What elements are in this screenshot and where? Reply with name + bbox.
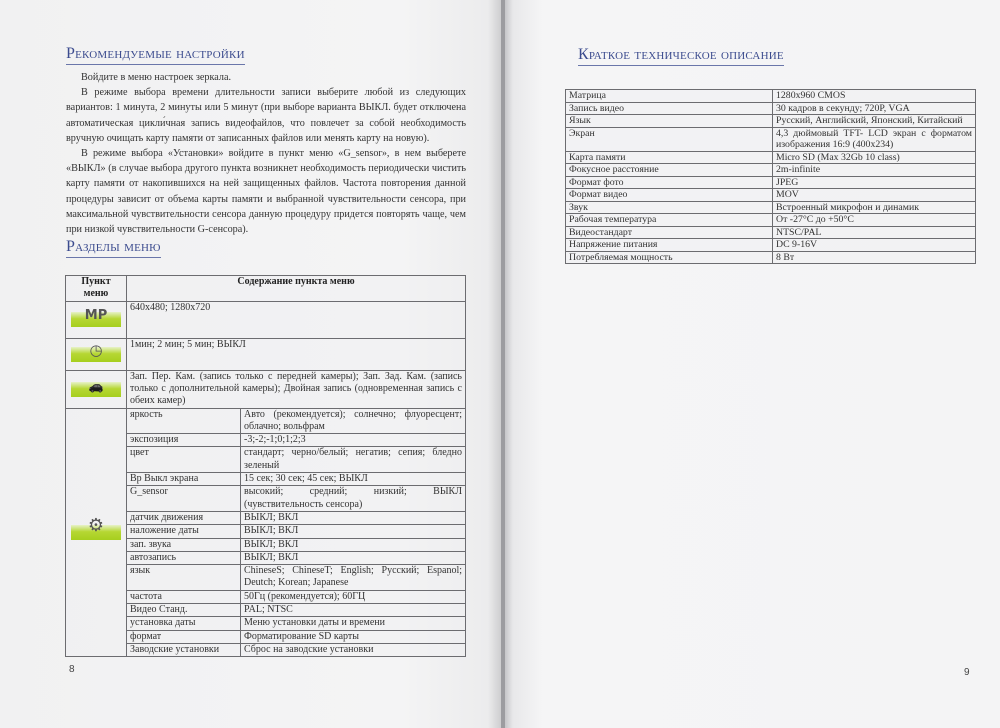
table-row: MP640x480; 1280x720 [66,301,466,338]
table-row: ЗвукВстроенный микрофон и динамик [566,201,976,214]
menu-content-cell: 640x480; 1280x720 [127,301,466,338]
setting-value-cell: Форматирование SD карты [241,630,466,643]
setting-value-cell: ВЫКЛ; ВКЛ [241,538,466,551]
spec-value-cell: 2m-infinite [773,164,976,177]
header-menu-item: Пункт меню [66,276,127,302]
table-row: Запись видео30 кадров в секунду; 720P, V… [566,102,976,115]
spec-key-cell: Матрица [566,90,773,103]
icon-glyph: MP [71,310,121,322]
setting-name-cell: яркость [127,408,241,434]
setting-name-cell: наложение даты [127,525,241,538]
icon-glyph: ◷ [71,344,121,356]
paragraph: В режиме выбора «Установки» войдите в пу… [66,146,466,237]
table-row: Рабочая температураОт -27°С до +50°С [566,214,976,227]
setting-name-cell: G_sensor [127,486,241,512]
spec-key-cell: Звук [566,201,773,214]
setting-value-cell: ВЫКЛ; ВКЛ [241,525,466,538]
spec-value-cell: NTSC/PAL [773,226,976,239]
spec-key-cell: Язык [566,115,773,128]
menu-sections-table: Пункт меню Содержание пункта меню MP640x… [65,275,466,657]
spec-value-cell: DC 9-16V [773,239,976,252]
spec-value-cell: 4,3 дюймовый TFT- LCD экран с форматом и… [773,127,976,151]
setting-value-cell: Сброс на заводские установки [241,643,466,656]
setting-name-cell: Заводские установки [127,643,241,656]
spec-value-cell: 1280x960 CMOS [773,90,976,103]
icon-glyph: 🚗 [71,380,121,392]
setting-value-cell: ВЫКЛ; ВКЛ [241,511,466,524]
table-row: Формат видеоMOV [566,189,976,202]
paragraph: Войдите в меню настроек зеркала. [66,70,466,85]
spec-key-cell: Карта памяти [566,151,773,164]
setting-value-cell: стандарт; черно/белый; негатив; сепия; б… [241,447,466,473]
spec-key-cell: Рабочая температура [566,214,773,227]
setting-value-cell: ВЫКЛ; ВКЛ [241,551,466,564]
spec-value-cell: MOV [773,189,976,202]
setting-name-cell: язык [127,565,241,591]
menu-icon-cell: 🚗 [66,370,127,408]
table-row: ◷1мин; 2 мин; 5 мин; ВЫКЛ [66,338,466,370]
table-row: ВидеостандартNTSC/PAL [566,226,976,239]
spec-value-cell: 30 кадров в секунду; 720P, VGA [773,102,976,115]
setting-name-cell: установка даты [127,617,241,630]
spec-key-cell: Формат видео [566,189,773,202]
table-row: ЯзыкРусский, Английский, Японский, Китай… [566,115,976,128]
book-spine [501,0,505,728]
spec-key-cell: Формат фото [566,176,773,189]
setting-value-cell: высокий; средний; низкий; ВЫКЛ (чувствит… [241,486,466,512]
menu-icon-cell: MP [66,301,127,338]
setting-name-cell: датчик движения [127,511,241,524]
recommended-settings-text: Войдите в меню настроек зеркала. В режим… [66,70,466,237]
heading-recommended-settings: Рекомендуемые настройки [66,45,245,65]
settings-icon-cell: ⚙ [66,408,127,657]
clock-icon: ◷ [71,347,121,362]
menu-content-cell: 1мин; 2 мин; 5 мин; ВЫКЛ [127,338,466,370]
setting-name-cell: цвет [127,447,241,473]
table-header-row: Пункт меню Содержание пункта меню [66,276,466,302]
setting-value-cell: Меню установки даты и времени [241,617,466,630]
page-number-left: 8 [69,664,75,675]
spec-value-cell: Встроенный микрофон и динамик [773,201,976,214]
setting-name-cell: зап. звука [127,538,241,551]
table-row: Матрица1280x960 CMOS [566,90,976,103]
setting-value-cell: 15 сек; 30 сек; 45 сек; ВЫКЛ [241,473,466,486]
setting-value-cell: PAL; NTSC [241,604,466,617]
left-page: Рекомендуемые настройки Войдите в меню н… [0,0,503,728]
setting-name-cell: Вр Выкл экрана [127,473,241,486]
table-row: Напряжение питанияDC 9-16V [566,239,976,252]
table-row: Фокусное расстояние2m-infinite [566,164,976,177]
spec-key-cell: Экран [566,127,773,151]
heading-menu-sections: Разделы меню [66,238,161,258]
paragraph: В режиме выбора времени длительности зап… [66,85,466,146]
page-number-right: 9 [964,667,970,678]
spec-key-cell: Видеостандарт [566,226,773,239]
spec-value-cell: 8 Вт [773,251,976,264]
table-row: Потребляемая мощность8 Вт [566,251,976,264]
heading-technical-spec: Краткое техническое описание [578,46,784,66]
spec-key-cell: Напряжение питания [566,239,773,252]
icon-glyph: ⚙ [71,520,121,532]
resolution-mp-icon: MP [71,312,121,327]
spec-key-cell: Фокусное расстояние [566,164,773,177]
spec-value-cell: От -27°С до +50°С [773,214,976,227]
car-icon: 🚗 [71,382,121,397]
setting-value-cell: ChineseS; ChineseT; English; Русский; Es… [241,565,466,591]
table-row: Экран4,3 дюймовый TFT- LCD экран с форма… [566,127,976,151]
menu-icon-cell: ◷ [66,338,127,370]
setting-name-cell: формат [127,630,241,643]
setting-value-cell: 50Гц (рекомендуется); 60ГЦ [241,590,466,603]
setting-name-cell: частота [127,590,241,603]
setting-name-cell: автозапись [127,551,241,564]
spec-value-cell: JPEG [773,176,976,189]
technical-spec-table: Матрица1280x960 CMOSЗапись видео30 кадро… [565,89,976,264]
header-menu-content: Содержание пункта меню [127,276,466,302]
table-row: Формат фотоJPEG [566,176,976,189]
menu-content-cell: Зап. Пер. Кам. (запись только с передней… [127,370,466,408]
spec-key-cell: Запись видео [566,102,773,115]
spec-key-cell: Потребляемая мощность [566,251,773,264]
setting-name-cell: экспозиция [127,434,241,447]
table-row: 🚗Зап. Пер. Кам. (запись только с передне… [66,370,466,408]
setting-value-cell: -3;-2;-1;0;1;2;3 [241,434,466,447]
table-row: ⚙яркостьАвто (рекомендуется); солнечно; … [66,408,466,434]
setting-name-cell: Видео Станд. [127,604,241,617]
setting-value-cell: Авто (рекомендуется); солнечно; флуоресц… [241,408,466,434]
table-row: Карта памятиMicro SD (Max 32Gb 10 class) [566,151,976,164]
spec-value-cell: Micro SD (Max 32Gb 10 class) [773,151,976,164]
spec-value-cell: Русский, Английский, Японский, Китайский [773,115,976,128]
right-page: Краткое техническое описание Матрица1280… [503,0,1000,728]
gear-icon: ⚙ [71,525,121,540]
